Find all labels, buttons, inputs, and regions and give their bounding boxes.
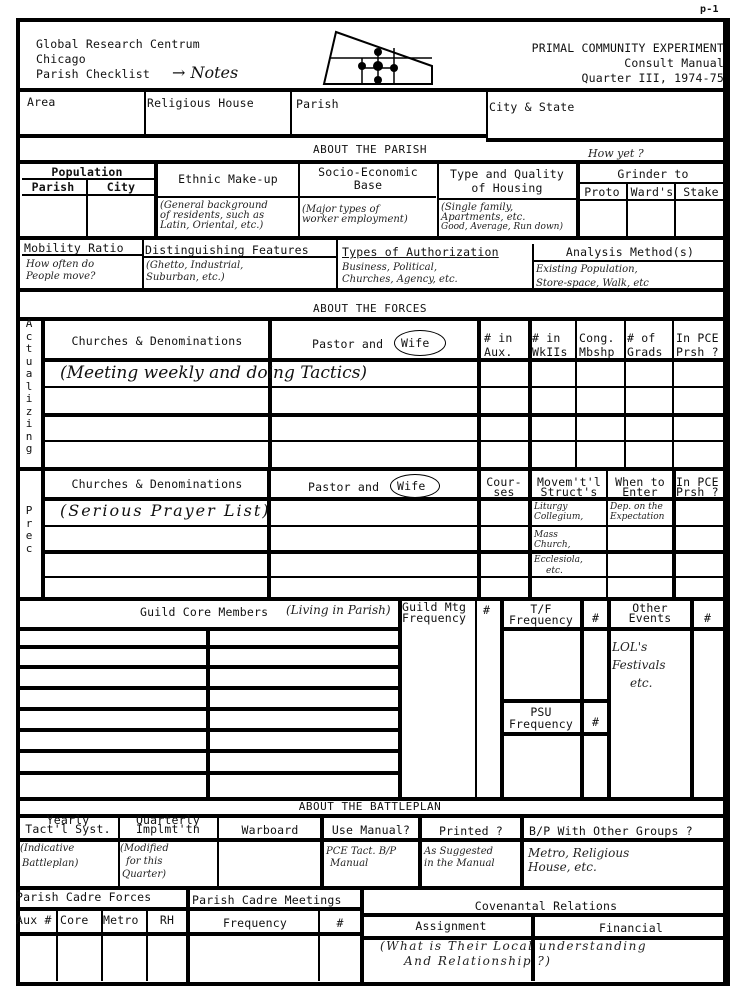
authorization-label: Types of Authorization	[342, 246, 499, 258]
population-label: Population	[22, 166, 152, 178]
divider	[580, 182, 726, 184]
header-right-line-2: Consult Manual	[478, 57, 724, 69]
divider	[22, 254, 142, 256]
features-note: Suburban, etc.)	[146, 272, 225, 283]
guild-core-member-field[interactable]	[20, 631, 204, 644]
cadre-meetings-label: Parish Cadre Meetings	[192, 894, 342, 906]
divider	[439, 198, 577, 200]
divider	[144, 92, 146, 134]
features-note: (Ghetto, Industrial,	[146, 260, 243, 271]
mobility-note: How often do	[26, 259, 94, 270]
divider	[186, 890, 190, 982]
col-movement-structs-label: Movem't'l Struct's	[532, 477, 606, 497]
guild-hash-1: #	[483, 604, 490, 616]
prec-vertical-label: P r e c	[22, 505, 36, 555]
divider	[18, 665, 400, 669]
col-grads-label: # of Grads	[627, 331, 663, 359]
globe-quadrant-logo-icon	[322, 28, 434, 88]
bp-printed-note: in the Manual	[424, 858, 495, 869]
parish-label: Parish	[296, 98, 339, 110]
analysis-note: Existing Population,	[536, 264, 638, 275]
bp-quarterly-note: for this	[126, 856, 162, 867]
divider	[500, 699, 609, 703]
analysis-label: Analysis Method(s)	[534, 246, 726, 258]
other-events-note: Festivals	[612, 660, 666, 671]
bp-col-quarterly: Quarterly Implmt'tn	[120, 816, 216, 834]
grinder-wards-field[interactable]	[628, 201, 672, 237]
divider	[142, 238, 144, 288]
covenantal-note: (What is Their Local understanding	[380, 941, 647, 952]
divider	[18, 288, 728, 292]
header-org-line-3: Parish Checklist	[36, 68, 150, 80]
divider	[360, 913, 728, 917]
bp-warboard-field[interactable]	[220, 842, 318, 886]
header-right-line-3: Quarter III, 1974-75	[478, 72, 724, 84]
divider	[18, 236, 728, 240]
divider	[486, 138, 728, 142]
mobility-note: People move?	[26, 271, 95, 282]
guild-hash-3: #	[592, 716, 599, 728]
prec-row-4-churches[interactable]	[45, 578, 265, 597]
bp-col-printed: Printed ?	[422, 825, 520, 837]
divider	[300, 196, 436, 198]
page-mark: p-1	[700, 4, 719, 16]
divider	[336, 240, 338, 288]
bp-printed-note: As Suggested	[424, 846, 493, 857]
socio-label-2: Base	[300, 179, 436, 191]
bp-col-other-groups: B/P With Other Groups ?	[529, 825, 693, 837]
divider	[18, 160, 728, 164]
cadre-frequency-label: Frequency	[190, 917, 320, 929]
divider	[624, 320, 626, 468]
grinder-col-wards: Ward's	[628, 186, 676, 198]
col-in-aux-label: # in Aux.	[484, 331, 513, 359]
prec-wife-label: Wife	[397, 480, 426, 492]
city-state-label: City & State	[489, 101, 574, 113]
cadre-hash-label: #	[320, 917, 360, 929]
divider	[500, 732, 609, 736]
divider	[290, 92, 292, 134]
actualizing-note: (Meeting weekly and doing Tactics)	[60, 364, 367, 382]
religious-house-label: Religious House	[147, 97, 254, 109]
ethnic-note: Latin, Oriental, etc.)	[160, 220, 263, 231]
bp-col-warboard: Warboard	[219, 824, 321, 836]
area-label: Area	[27, 96, 56, 108]
cadre-forces-label: Parish Cadre Forces	[16, 891, 151, 903]
grinder-col-stake: Stake	[676, 186, 726, 198]
grinder-col-proto: Proto	[578, 186, 626, 198]
cadre-aux-field[interactable]	[20, 936, 54, 980]
cadre-core-field[interactable]	[60, 936, 100, 980]
header-handwritten-notes: → Notes	[172, 64, 238, 82]
guild-mtg-frequency-label: Guild Mtg Frequency	[402, 602, 466, 624]
population-parish-label: Parish	[22, 181, 84, 193]
divider	[18, 907, 362, 911]
about-parish-title: ABOUT THE PARISH	[250, 143, 490, 156]
covenantal-note: And Relationship ?)	[404, 956, 551, 967]
prec-row-3-churches[interactable]	[45, 553, 265, 575]
population-parish-field[interactable]	[22, 196, 84, 234]
divider	[18, 467, 728, 471]
bp-use-manual-note: PCE Tact. B/P	[326, 846, 396, 857]
financial-label: Financial	[535, 922, 727, 934]
actualizing-pastor-label: Pastor and	[312, 338, 383, 350]
divider	[268, 320, 272, 468]
when-note: Expectation	[610, 512, 664, 523]
cadre-metro-field[interactable]	[104, 936, 144, 980]
about-parish-note: How yet ?	[588, 148, 644, 159]
movement-note: Ecclesiola,	[534, 555, 583, 566]
divider	[43, 358, 728, 362]
divider	[475, 600, 477, 798]
col-when-to-enter-label: When to Enter	[608, 477, 672, 497]
prec-row-2-churches[interactable]	[45, 527, 265, 549]
housing-label: Type and Quality	[439, 168, 575, 180]
divider	[18, 645, 400, 649]
header-org-line-2: Chicago	[36, 53, 86, 65]
actualizing-row-3-churches[interactable]	[45, 416, 267, 439]
cadre-rh-field[interactable]	[150, 936, 184, 980]
grinder-label: Grinder to	[580, 168, 726, 180]
movement-note: Collegium,	[534, 512, 583, 523]
socio-label: Socio-Economic	[300, 166, 436, 178]
divider	[18, 686, 400, 690]
population-city-label: City	[88, 181, 154, 193]
prec-pastor-label: Pastor and	[308, 481, 379, 493]
prec-churches-label: Churches & Denominations	[46, 478, 268, 490]
divider	[477, 320, 481, 468]
other-events-note: etc.	[630, 678, 652, 689]
divider	[18, 749, 400, 753]
divider	[18, 597, 728, 601]
actualizing-vertical-label: A c t u a l i z i n g	[22, 318, 36, 456]
col-cong-mbshp-label: Cong. Mbshp	[579, 331, 615, 359]
cadre-col-metro: Metro	[103, 914, 139, 926]
divider	[575, 320, 577, 468]
assignment-label: Assignment	[364, 920, 538, 932]
authorization-note: Churches, Agency, etc.	[342, 274, 458, 285]
grinder-stake-field[interactable]	[676, 201, 724, 237]
cadre-col-aux: Aux #	[16, 914, 52, 926]
bp-use-manual-note: Manual	[330, 858, 368, 869]
divider	[18, 134, 488, 138]
mobility-label: Mobility Ratio	[24, 242, 124, 254]
population-city-field[interactable]	[88, 196, 154, 234]
about-battleplan-title: ABOUT THE BATTLEPLAN	[250, 800, 490, 813]
col-prec-in-pce-label: In PCE Prsh ?	[676, 477, 719, 497]
col-in-wkiis-label: # in WkIIs	[532, 331, 568, 359]
other-events-note: LOL's	[612, 642, 647, 653]
religious-house-field[interactable]	[148, 110, 288, 132]
socio-note: worker employment)	[302, 214, 408, 225]
psu-frequency-label: PSU Frequency	[503, 706, 579, 730]
divider	[520, 816, 524, 888]
guild-core-label: Guild Core Members	[140, 606, 268, 618]
area-field[interactable]	[22, 110, 142, 132]
bp-quarterly-note: (Modified	[120, 843, 169, 854]
actualizing-row-4-churches[interactable]	[45, 442, 267, 466]
guild-core-member-field[interactable]	[210, 631, 396, 644]
about-forces-title: ABOUT THE FORCES	[250, 302, 490, 315]
guild-hash-4: #	[704, 612, 711, 624]
header-right-line-1: PRIMAL COMMUNITY EXPERIMENT	[478, 42, 724, 54]
other-events-label: Other Events	[610, 603, 690, 623]
divider	[144, 256, 336, 258]
bp-yearly-note: Battleplan)	[22, 858, 78, 869]
cadre-count-field[interactable]	[322, 936, 358, 980]
cadre-frequency-field[interactable]	[192, 936, 316, 980]
divider	[672, 320, 674, 468]
features-label: Distinguishing Features	[145, 244, 309, 256]
col-in-pce-prsh-label: In PCE Prsh ?	[676, 331, 719, 359]
divider	[18, 728, 400, 732]
bp-yearly-note: (Indicative	[20, 843, 74, 854]
divider	[18, 707, 400, 711]
cadre-col-rh: RH	[148, 914, 186, 926]
divider	[56, 909, 58, 981]
housing-note: Good, Average, Run down)	[441, 222, 563, 233]
actualizing-wife-label: Wife	[401, 337, 430, 349]
divider	[18, 88, 728, 92]
divider	[500, 627, 728, 631]
actualizing-churches-label: Churches & Denominations	[46, 335, 268, 347]
divider	[486, 92, 488, 138]
tf-frequency-label: T/F Frequency	[503, 604, 579, 626]
housing-label-2: of Housing	[439, 182, 575, 194]
bp-quarterly-note: Quarter)	[122, 869, 166, 880]
grinder-proto-field[interactable]	[580, 201, 624, 237]
bp-col-use-manual: Use Manual?	[324, 824, 418, 836]
ethnic-label: Ethnic Make-up	[158, 173, 298, 185]
col-courses-label: Cour- ses	[480, 477, 528, 497]
divider	[18, 771, 400, 775]
divider	[534, 260, 726, 262]
parish-field[interactable]	[294, 110, 484, 132]
divider	[267, 470, 271, 598]
prec-note: (Serious Prayer List)	[60, 502, 271, 520]
authorization-note: Business, Political,	[342, 262, 437, 273]
guild-core-note: (Living in Parish)	[286, 605, 391, 616]
bp-col-yearly: Yearly Tact'l Syst.	[18, 816, 118, 834]
divider	[18, 317, 728, 321]
city-state-field[interactable]	[490, 114, 724, 136]
bp-other-groups-note: Metro, Religious	[528, 848, 629, 859]
cadre-col-core: Core	[60, 914, 89, 926]
guild-hash-2: #	[592, 612, 599, 624]
divider	[158, 196, 298, 198]
covenantal-label: Covenantal Relations	[364, 900, 728, 912]
header-org-line-1: Global Research Centrum	[36, 38, 200, 50]
bp-other-groups-note: House, etc.	[528, 862, 597, 873]
divider	[18, 838, 728, 842]
actualizing-row-2-churches[interactable]	[45, 388, 267, 412]
